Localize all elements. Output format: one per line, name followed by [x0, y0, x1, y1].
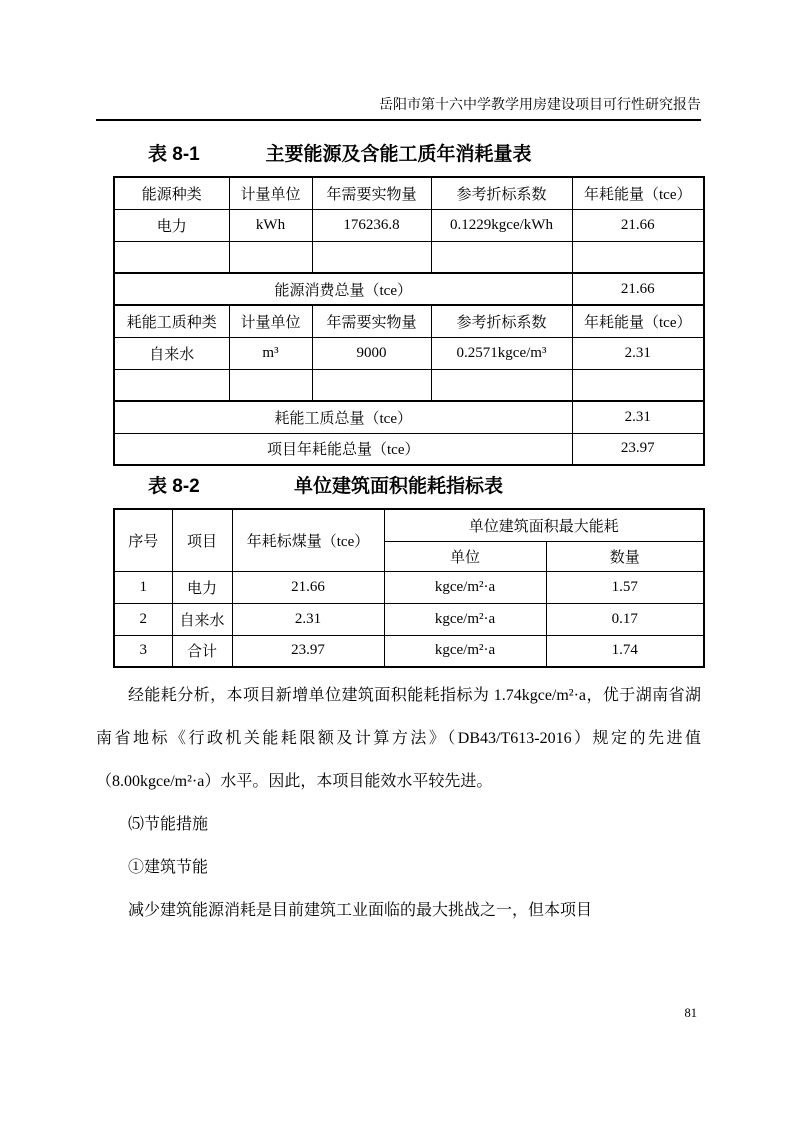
total-value-cell: 2.31 [572, 401, 704, 433]
column-header: 单位 [384, 541, 546, 571]
column-header: 项目 [172, 509, 232, 571]
table-8-1-title: 主要能源及含能工质年消耗量表 [265, 144, 531, 165]
table-cell [114, 241, 229, 273]
table-8-2: 序号 项目 年耗标煤量（tce） 单位建筑面积最大能耗 单位 数量 1 电力 2… [113, 508, 705, 668]
table-cell [431, 241, 572, 273]
table-8-1-label: 表 8-1 [148, 142, 200, 168]
table-cell: 2 [114, 603, 172, 635]
energy-total-row: 能源消费总量（tce） 21.66 [114, 273, 704, 305]
column-header: 年需要实物量 [312, 177, 431, 209]
column-header: 参考折标系数 [431, 305, 572, 337]
column-header: 数量 [546, 541, 704, 571]
column-header: 计量单位 [229, 177, 312, 209]
table-cell: 自来水 [172, 603, 232, 635]
medium-empty-row [114, 369, 704, 401]
column-header: 年耗能量（tce） [572, 177, 704, 209]
table-cell: 1 [114, 571, 172, 603]
table-cell: 23.97 [232, 635, 384, 667]
column-group-header: 单位建筑面积最大能耗 [384, 509, 704, 541]
table-cell: kgce/m²·a [384, 635, 546, 667]
total-label-cell: 项目年耗能总量（tce） [114, 433, 572, 465]
column-header: 参考折标系数 [431, 177, 572, 209]
medium-total-row: 耗能工质总量（tce） 2.31 [114, 401, 704, 433]
document-page: 岳阳市第十六中学教学用房建设项目可行性研究报告 表 8-1 主要能源及含能工质年… [0, 0, 793, 1122]
table-cell: m³ [229, 337, 312, 369]
total-label-cell: 耗能工质总量（tce） [114, 401, 572, 433]
table-8-2-label: 表 8-2 [148, 474, 200, 500]
table-cell: 自来水 [114, 337, 229, 369]
column-header: 年需要实物量 [312, 305, 431, 337]
medium-data-row: 自来水 m³ 9000 0.2571kgce/m³ 2.31 [114, 337, 704, 369]
table-cell: 0.2571kgce/m³ [431, 337, 572, 369]
table-cell: 0.1229kgce/kWh [431, 209, 572, 241]
column-header: 年耗能量（tce） [572, 305, 704, 337]
column-header: 计量单位 [229, 305, 312, 337]
table-8-1: 能源种类 计量单位 年需要实物量 参考折标系数 年耗能量（tce） 电力 kWh… [113, 176, 705, 466]
table-row: 3 合计 23.97 kgce/m²·a 1.74 [114, 635, 704, 667]
table-cell [229, 241, 312, 273]
table-cell: 电力 [114, 209, 229, 241]
table-cell [431, 369, 572, 401]
table-row: 1 电力 21.66 kgce/m²·a 1.57 [114, 571, 704, 603]
table-cell [229, 369, 312, 401]
table-cell: 电力 [172, 571, 232, 603]
total-label-cell: 能源消费总量（tce） [114, 273, 572, 305]
column-header: 年耗标煤量（tce） [232, 509, 384, 571]
column-header: 耗能工质种类 [114, 305, 229, 337]
table-cell: 1.57 [546, 571, 704, 603]
table-cell: 3 [114, 635, 172, 667]
table-row: 2 自来水 2.31 kgce/m²·a 0.17 [114, 603, 704, 635]
table-8-1-caption: 表 8-1 主要能源及含能工质年消耗量表 [96, 142, 701, 168]
table-cell [312, 241, 431, 273]
table-8-2-caption: 表 8-2 单位建筑面积能耗指标表 [96, 474, 701, 500]
body-text-block: 经能耗分析，本项目新增单位建筑面积能耗指标为 1.74kgce/m²·a，优于湖… [96, 674, 701, 932]
column-header: 序号 [114, 509, 172, 571]
document-header-title: 岳阳市第十六中学教学用房建设项目可行性研究报告 [379, 98, 701, 113]
project-total-row: 项目年耗能总量（tce） 23.97 [114, 433, 704, 465]
body-paragraph: 减少建筑能源消耗是目前建筑工业面临的最大挑战之一，但本项目 [96, 889, 701, 932]
table-8-2-title: 单位建筑面积能耗指标表 [294, 476, 503, 497]
table-cell [572, 241, 704, 273]
table-cell [114, 369, 229, 401]
table-cell: 21.66 [232, 571, 384, 603]
body-paragraph: 经能耗分析，本项目新增单位建筑面积能耗指标为 1.74kgce/m²·a，优于湖… [96, 674, 701, 803]
total-value-cell: 23.97 [572, 433, 704, 465]
table-cell: kgce/m²·a [384, 571, 546, 603]
table-cell: 9000 [312, 337, 431, 369]
table-cell: 0.17 [546, 603, 704, 635]
table-cell: 1.74 [546, 635, 704, 667]
table-cell: kgce/m²·a [384, 603, 546, 635]
table-cell: 2.31 [572, 337, 704, 369]
total-value-cell: 21.66 [572, 273, 704, 305]
document-header: 岳阳市第十六中学教学用房建设项目可行性研究报告 [96, 97, 701, 121]
energy-header-row: 能源种类 计量单位 年需要实物量 参考折标系数 年耗能量（tce） [114, 177, 704, 209]
medium-header-row: 耗能工质种类 计量单位 年需要实物量 参考折标系数 年耗能量（tce） [114, 305, 704, 337]
table-cell: 21.66 [572, 209, 704, 241]
table-cell [312, 369, 431, 401]
body-paragraph: ⑸节能措施 [96, 803, 701, 846]
header-row-top: 序号 项目 年耗标煤量（tce） 单位建筑面积最大能耗 [114, 509, 704, 541]
column-header: 能源种类 [114, 177, 229, 209]
table-cell: 2.31 [232, 603, 384, 635]
table-cell: kWh [229, 209, 312, 241]
page-number: 81 [685, 1006, 698, 1021]
energy-empty-row [114, 241, 704, 273]
energy-data-row: 电力 kWh 176236.8 0.1229kgce/kWh 21.66 [114, 209, 704, 241]
table-cell: 合计 [172, 635, 232, 667]
table-cell: 176236.8 [312, 209, 431, 241]
table-cell [572, 369, 704, 401]
body-paragraph: ①建筑节能 [96, 846, 701, 889]
